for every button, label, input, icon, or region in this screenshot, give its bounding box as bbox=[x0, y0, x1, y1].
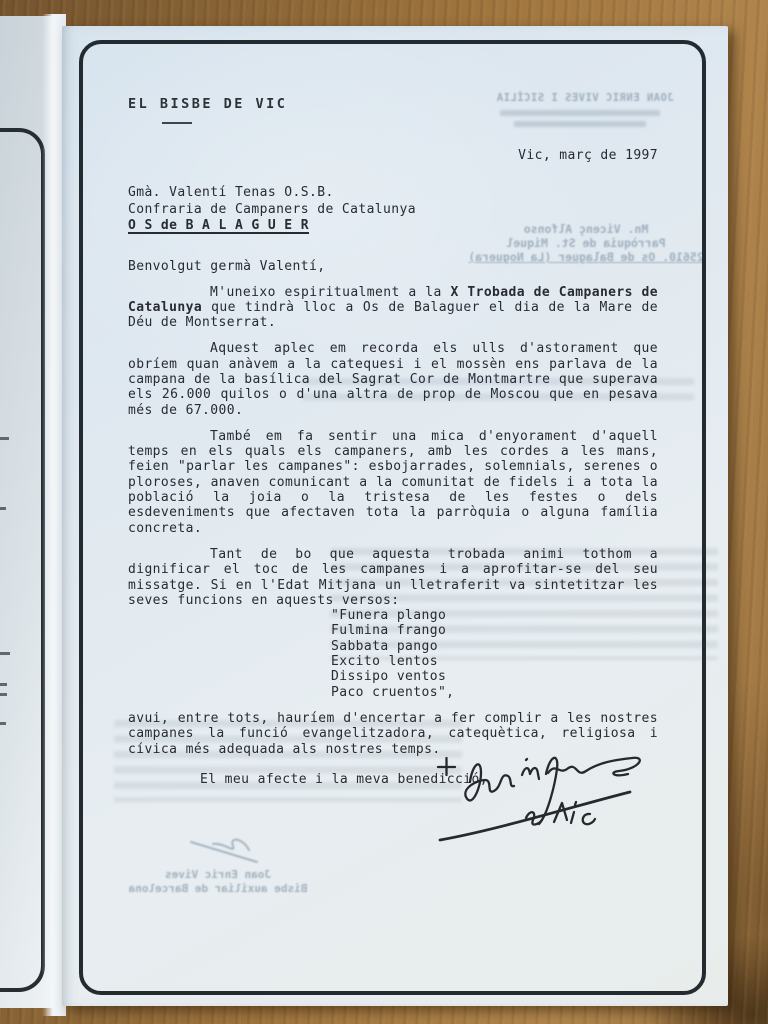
verse-line: Excito lentos bbox=[331, 654, 658, 669]
photographed-letter: JOAN ENRIC VIVES I SICÍLIA Mn. Vicenç Al… bbox=[0, 0, 768, 1024]
bleedthrough-signature-line: Joan Enric Vives bbox=[108, 868, 328, 882]
verse-line: Fulmina frango bbox=[331, 623, 658, 638]
verse-line: Dissipo ventos bbox=[331, 669, 658, 684]
verse-line: Sabbata pango bbox=[331, 639, 658, 654]
recipient-block: Gmà. Valentí Tenas O.S.B. Confraria de C… bbox=[128, 185, 658, 235]
facing-page-text-tick bbox=[0, 693, 7, 696]
bleedthrough-signature-scribble bbox=[173, 832, 263, 866]
verse-line: Paco cruentos", bbox=[331, 685, 658, 700]
letter-page: JOAN ENRIC VIVES I SICÍLIA Mn. Vicenç Al… bbox=[62, 26, 728, 1006]
recipient-town: O S de B A L A G U E R bbox=[128, 218, 658, 235]
paragraph-2: Aquest aplec em recorda els ulls d'astor… bbox=[128, 341, 658, 417]
facing-page-text-tick bbox=[0, 507, 6, 510]
paragraph-1-text: que tindrà lloc a Os de Balaguer el dia … bbox=[128, 300, 658, 330]
bleedthrough-signature-line: Bisbe auxiliar de Barcelona bbox=[108, 882, 328, 896]
letterhead: EL BISBE DE VIC bbox=[128, 26, 658, 112]
recipient-organization: Confraria de Campaners de Catalunya bbox=[128, 202, 658, 219]
letterhead-rule bbox=[162, 122, 192, 124]
bleedthrough-signature: Joan Enric Vives Bisbe auxiliar de Barce… bbox=[108, 832, 328, 896]
verse-line: "Funera plango bbox=[331, 608, 658, 623]
facing-page-text-tick bbox=[0, 683, 7, 686]
letter-content: EL BISBE DE VIC Vic, març de 1997 Gmà. V… bbox=[128, 26, 658, 787]
verse-block: "Funera plango Fulmina frango Sabbata pa… bbox=[331, 608, 658, 700]
salutation: Benvolgut germà Valentí, bbox=[128, 259, 658, 274]
recipient-name: Gmà. Valentí Tenas O.S.B. bbox=[128, 185, 658, 202]
facing-page-text-tick bbox=[0, 652, 10, 655]
paragraph-1-text: M'uneixo espiritualment a la bbox=[210, 285, 450, 300]
facing-page-border-frame bbox=[0, 128, 45, 992]
facing-page-text-tick bbox=[0, 722, 6, 725]
facing-page-text-tick bbox=[0, 437, 9, 440]
paragraph-3: També em fa sentir una mica d'enyorament… bbox=[128, 429, 658, 536]
handwritten-signature bbox=[422, 742, 657, 857]
dateline: Vic, març de 1997 bbox=[128, 148, 658, 163]
paragraph-4: Tant de bo que aquesta trobada animi tot… bbox=[128, 547, 658, 608]
paragraph-1: M'uneixo espiritualment a la X Trobada d… bbox=[128, 285, 658, 331]
signature-scribble bbox=[422, 742, 657, 857]
